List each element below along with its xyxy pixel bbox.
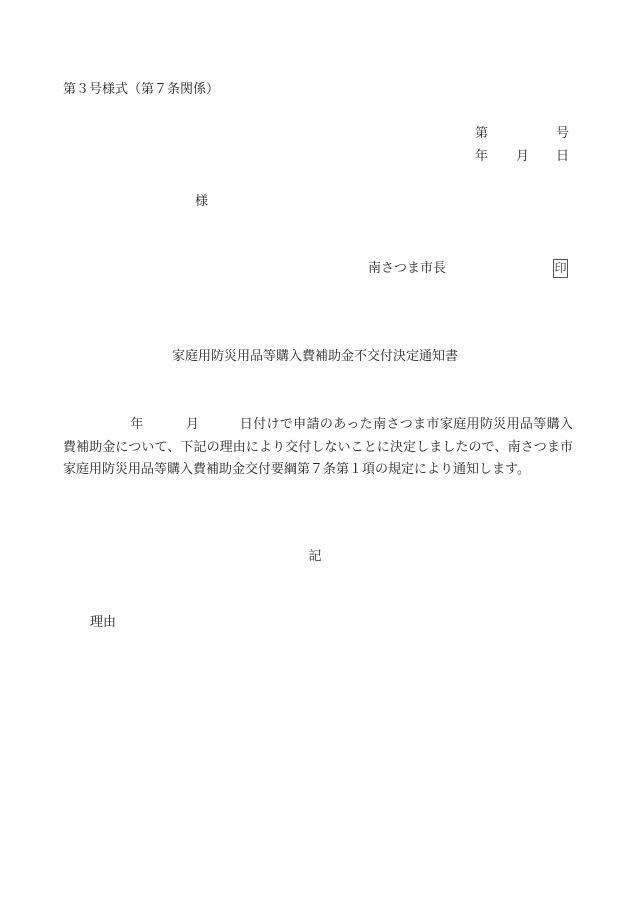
body-paragraph: 年月日付けで申請のあった南さつま市家庭用防災用品等購入費補助金について、下記の理… <box>63 414 573 482</box>
document-title: 家庭用防災用品等購入費補助金不交付決定通知書 <box>0 349 630 365</box>
form-number: 第３号様式（第７条関係） <box>63 82 219 98</box>
seal-icon: 印 <box>553 259 568 278</box>
date-month: 月 <box>516 149 529 165</box>
date-day: 日 <box>556 149 569 165</box>
body-month: 月 <box>186 417 200 432</box>
body-year: 年 <box>130 417 144 432</box>
ki-heading: 記 <box>0 549 630 565</box>
number-prefix: 第 <box>475 126 488 142</box>
issuer: 南さつま市長 <box>368 261 446 277</box>
date-year: 年 <box>475 149 488 165</box>
reason-label: 理由 <box>90 615 116 631</box>
number-suffix: 号 <box>556 126 569 142</box>
addressee: 様 <box>195 194 208 210</box>
